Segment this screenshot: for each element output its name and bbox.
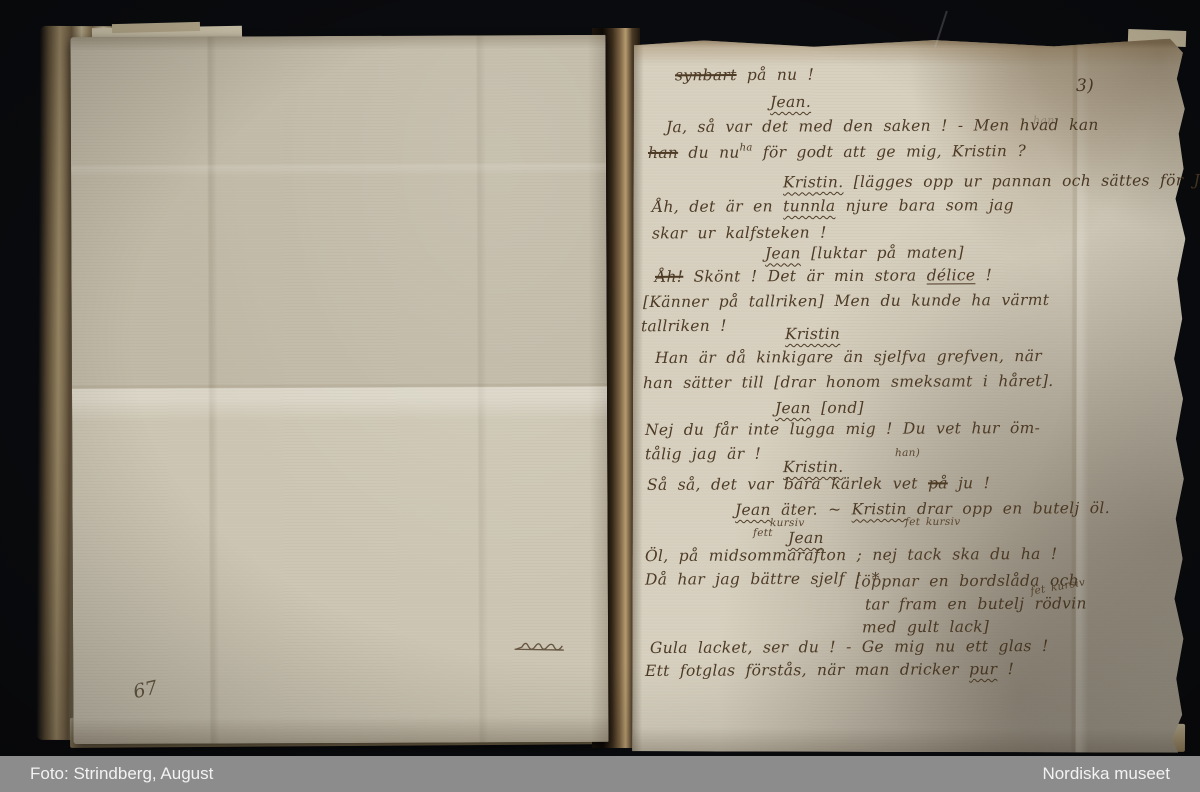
left-page: 67 bbox=[70, 35, 608, 744]
manuscript-line: Kristin. bbox=[783, 458, 843, 476]
manuscript-line: synbart på nu ! bbox=[675, 66, 814, 85]
caption-photographer: Foto: Strindberg, August bbox=[30, 764, 213, 784]
manuscript-line: Han är då kinkigare än sjelfva grefven, … bbox=[655, 347, 1042, 367]
manuscript-line: skar ur kalfsteken ! bbox=[652, 224, 827, 243]
pencil-mark: 67 bbox=[131, 677, 159, 704]
crossed-out-scribble bbox=[512, 632, 566, 660]
manuscript-line: Kristin bbox=[785, 325, 840, 343]
manuscript-photo: 67 3) han synbart på nu ! Jean. Ja, så v… bbox=[0, 0, 1200, 756]
page-number: 3) bbox=[1076, 76, 1094, 96]
manuscript-line: med gult lack] bbox=[862, 618, 989, 637]
manuscript-line: Jean [ond] bbox=[775, 399, 864, 417]
manuscript-line: Jean [luktar på maten] bbox=[765, 243, 964, 262]
manuscript-line: Kristin. [lägges opp ur pannan och sätte… bbox=[783, 171, 1200, 192]
manuscript-line: tar fram en butelj rödvin bbox=[865, 594, 1087, 613]
manuscript-line: Gula lacket, ser du ! - Ge mig nu ett gl… bbox=[650, 637, 1049, 657]
manuscript-line: Åh! Skönt ! Det är min stora délice ! bbox=[655, 266, 992, 286]
manuscript-line: han sätter till [drar honom smeksamt i h… bbox=[643, 372, 1054, 392]
manuscript-line: Så så, det var bara kärlek vet på ju ! bbox=[647, 474, 990, 494]
manuscript-text-layer: 3) han synbart på nu ! Jean. Ja, så var … bbox=[633, 38, 1185, 752]
manuscript-insertion: han) bbox=[895, 447, 920, 459]
typesetting-note: fet kursiv bbox=[905, 516, 961, 528]
manuscript-line: Åh, det är en tunnla njure bara som jag bbox=[652, 196, 1014, 216]
manuscript-line: [Känner på tallriken] Men du kunde ha vä… bbox=[643, 291, 1049, 311]
manuscript-line: Då har jag bättre sjelf ! * bbox=[645, 569, 880, 588]
caption-institution: Nordiska museet bbox=[1042, 764, 1170, 784]
manuscript-line: Ja, så var det med den saken ! - Men hva… bbox=[666, 116, 1099, 136]
manuscript-line: tallriken ! bbox=[641, 317, 727, 335]
typesetting-note: fett bbox=[753, 527, 773, 539]
manuscript-line: han du nuha för godt att ge mig, Kristin… bbox=[648, 141, 1026, 162]
manuscript-line: Ett fotglas förstås, när man dricker pur… bbox=[645, 660, 1014, 680]
manuscript-line: tålig jag är ! bbox=[645, 445, 761, 464]
manuscript-line: Öl, på midsommarafton ; nej tack ska du … bbox=[645, 545, 1057, 565]
manuscript-line: Nej du får inte lugga mig ! Du vet hur ö… bbox=[645, 419, 1040, 439]
typesetting-note: kursiv bbox=[770, 517, 805, 529]
caption-bar: Foto: Strindberg, August Nordiska museet bbox=[0, 756, 1200, 792]
manuscript-line: Jean bbox=[788, 529, 824, 547]
manuscript-line: Jean. bbox=[770, 93, 811, 111]
